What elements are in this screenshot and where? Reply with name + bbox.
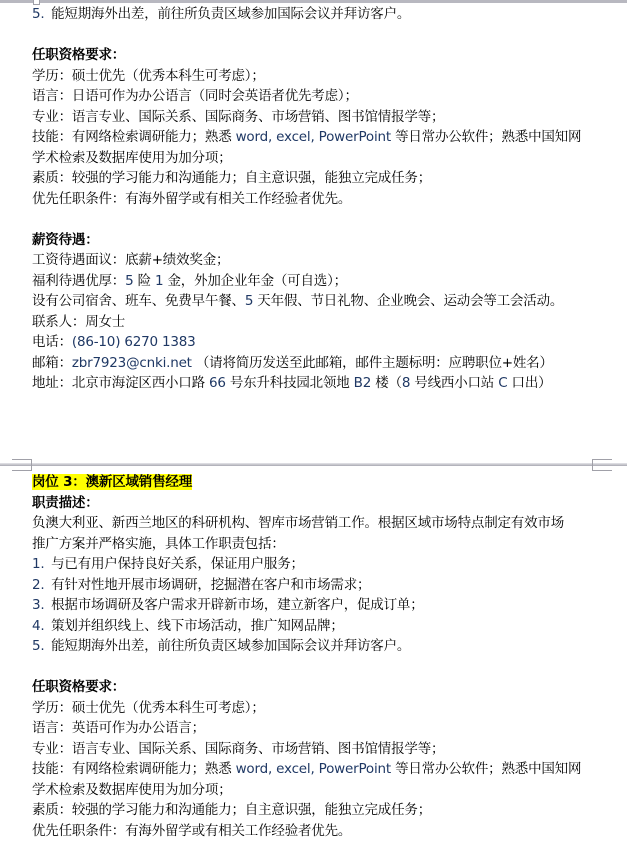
street-number: 66	[209, 375, 226, 391]
list-text: 策划并组织线上、线下市场活动，推广知网品牌；	[51, 618, 344, 634]
address-end: 口出）	[507, 375, 551, 391]
right-margin-corner-mark	[592, 459, 612, 471]
list-text: 能短期海外出差，前往所负责区域参加国际会议并拜访客户。	[51, 6, 410, 22]
qualifications-heading: 任职资格要求：	[32, 45, 612, 66]
list-text: 有针对性地开展市场调研，挖掘潜在客户和市场需求；	[51, 577, 370, 593]
education-requirement: 学历：硕士优先（优秀本科生可考虑）；	[32, 698, 612, 719]
perks-prefix: 设有公司宿舍、班车、免费早午餐、	[32, 293, 245, 309]
list-number: 4.	[32, 616, 47, 637]
duty-item-2: 2. 有针对性地开展市场调研，挖掘潜在客户和市场需求；	[32, 575, 612, 596]
duties-heading: 职责描述：	[32, 493, 612, 514]
list-number: 3.	[32, 595, 47, 616]
benefits-prefix: 福利待遇优厚：	[32, 273, 125, 289]
duty-item-4: 4. 策划并组织线上、线下市场活动，推广知网品牌；	[32, 616, 612, 637]
address-info: 地址：北京市海淀区西小口路 66 号东升科技园北领地 B2 楼（8 号线西小口站…	[32, 373, 612, 394]
benefits-suffix: 金，外加企业年金（可自选）；	[163, 273, 347, 289]
address-mid2: 楼（	[371, 375, 402, 391]
compensation-heading: 薪资待遇：	[32, 230, 612, 251]
page-top-edge	[0, 0, 627, 3]
phone-label: 电话：	[32, 334, 72, 350]
major-requirement: 专业：语言专业、国际关系、国际商务、市场营销、图书馆情报学等；	[32, 107, 612, 128]
benefits-info: 福利待遇优厚：5 险 1 金，外加企业年金（可自选）；	[32, 271, 612, 292]
phone-info: 电话：(86-10) 6270 1383	[32, 332, 612, 353]
position-title-line: 岗位 3：澳新区域销售经理	[32, 472, 612, 493]
benefits-mid: 险	[134, 273, 155, 289]
skills-requirement: 技能：有网络检索调研能力；熟悉 word, excel, PowerPoint …	[32, 127, 612, 148]
priority-requirement: 优先任职条件：有海外留学或有相关工作经验者优先。	[32, 189, 612, 210]
skills-suffix: 等日常办公软件；熟悉中国知网	[391, 129, 581, 145]
duty-item-1: 1. 与已有用户保持良好关系，保证用户服务；	[32, 554, 612, 575]
skills-prefix: 技能：有网络检索调研能力；熟悉	[32, 129, 236, 145]
perks-suffix: 天年假、节日礼物、企业晚会、运动会等工会活动。	[253, 293, 563, 309]
building-number: B2	[354, 375, 371, 391]
blank-line	[32, 657, 612, 678]
address-prefix: 地址：北京市海淀区西小口路	[32, 375, 209, 391]
duties-intro: 负澳大利亚、新西兰地区的科研机构、智库市场营销工作。根据区域市场特点制定有效市场	[32, 513, 612, 534]
language-requirement: 语言：日语可作为办公语言（同时会英语者优先考虑）；	[32, 86, 612, 107]
priority-requirement: 优先任职条件：有海外留学或有相关工作经验者优先。	[32, 821, 612, 842]
language-requirement: 语言：英语可作为办公语言；	[32, 718, 612, 739]
position-title: 岗位 3：澳新区域销售经理	[32, 474, 192, 490]
software-names: word, excel, PowerPoint	[236, 129, 391, 145]
skills-requirement-line2: 学术检索及数据库使用为加分项；	[32, 780, 612, 801]
skills-prefix: 技能：有网络检索调研能力；熟悉	[32, 761, 236, 777]
duties-intro-line2: 推广方案并严格实施，具体工作职责包括：	[32, 534, 612, 555]
subway-line: 8	[402, 375, 410, 391]
phone-number: (86-10) 6270 1383	[72, 334, 196, 350]
vacation-days: 5	[245, 293, 253, 309]
major-requirement: 专业：语言专业、国际关系、国际商务、市场营销、图书馆情报学等；	[32, 739, 612, 760]
list-number: 5.	[32, 636, 47, 657]
document-page-1: 5. 能短期海外出差，前往所负责区域参加国际会议并拜访客户。 任职资格要求： 学…	[32, 4, 612, 394]
list-number: 2.	[32, 575, 47, 596]
quality-requirement: 素质：较强的学习能力和沟通能力；自主意识强，能独立完成任务；	[32, 800, 612, 821]
email-address[interactable]: zbr7923@cnki.net	[72, 355, 192, 371]
email-note: （请将简历发送至此邮箱，邮件主题标明：应聘职位+姓名）	[192, 355, 553, 371]
blank-line	[32, 209, 612, 230]
duty-item-5: 5. 能短期海外出差，前往所负责区域参加国际会议并拜访客户。	[32, 4, 612, 25]
address-mid: 号东升科技园北领地	[226, 375, 354, 391]
list-text: 根据市场调研及客户需求开辟新市场，建立新客户，促成订单；	[51, 597, 423, 613]
contact-person: 联系人：周女士	[32, 312, 612, 333]
list-text: 能短期海外出差，前往所负责区域参加国际会议并拜访客户。	[51, 638, 410, 654]
quality-requirement: 素质：较强的学习能力和沟通能力；自主意识强，能独立完成任务；	[32, 168, 612, 189]
blank-line	[32, 25, 612, 46]
list-number: 5.	[32, 4, 47, 25]
email-label: 邮箱：	[32, 355, 72, 371]
email-info: 邮箱：zbr7923@cnki.net （请将简历发送至此邮箱，邮件主题标明：应…	[32, 353, 612, 374]
page-break-bar	[0, 463, 627, 466]
duty-item-3: 3. 根据市场调研及客户需求开辟新市场，建立新客户，促成订单；	[32, 595, 612, 616]
insurance-count: 5	[125, 273, 133, 289]
list-text: 与已有用户保持良好关系，保证用户服务；	[51, 556, 304, 572]
education-requirement: 学历：硕士优先（优秀本科生可考虑）；	[32, 66, 612, 87]
left-margin-corner-mark	[12, 459, 32, 471]
perks-info: 设有公司宿舍、班车、免费早午餐、5 天年假、节日礼物、企业晚会、运动会等工会活动…	[32, 291, 612, 312]
address-mid3: 号线西小口站	[410, 375, 498, 391]
software-names: word, excel, PowerPoint	[236, 761, 391, 777]
skills-suffix: 等日常办公软件；熟悉中国知网	[391, 761, 581, 777]
document-page-2: 岗位 3：澳新区域销售经理 职责描述： 负澳大利亚、新西兰地区的科研机构、智库市…	[32, 472, 612, 841]
list-number: 1.	[32, 554, 47, 575]
skills-requirement: 技能：有网络检索调研能力；熟悉 word, excel, PowerPoint …	[32, 759, 612, 780]
qualifications-heading: 任职资格要求：	[32, 677, 612, 698]
skills-requirement-line2: 学术检索及数据库使用为加分项；	[32, 148, 612, 169]
page-break	[0, 462, 627, 467]
duty-item-5: 5. 能短期海外出差，前往所负责区域参加国际会议并拜访客户。	[32, 636, 612, 657]
salary-info: 工资待遇面议：底薪+绩效奖金；	[32, 250, 612, 271]
